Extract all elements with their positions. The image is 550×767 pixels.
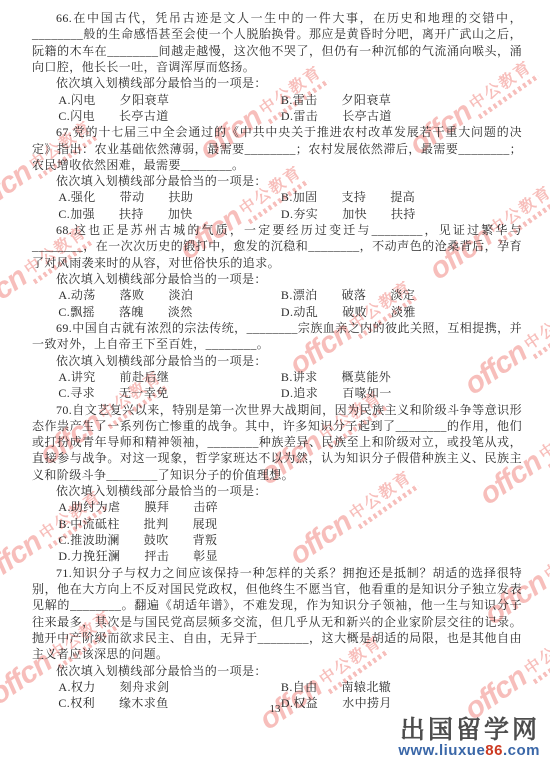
option-part: A.讲究	[58, 369, 95, 385]
option-part: A.动荡	[58, 287, 95, 303]
question-69: 69.中国自古就有浓烈的宗法传统，________宗族血亲之内的彼此关照，互相提…	[32, 320, 522, 402]
option-part: 落魄	[119, 304, 144, 320]
option-part: 淡雅	[391, 304, 416, 320]
option-part: 扶持	[391, 206, 416, 222]
option-part: 刻舟求剑	[120, 679, 170, 695]
question-66: 66.在中国古代，凭吊古迹是文人一生中的一件大事，在历史和地理的交错中，____…	[32, 10, 522, 124]
question-prompt: 依次填入划横线部分最恰当的一项是：	[32, 271, 522, 287]
option-C: C.寻求无一幸免	[58, 385, 281, 401]
options-group: A.讲究前赴后继B.讲求概莫能外C.寻求无一幸免D.追求百喙如一	[58, 369, 522, 402]
options-group: A.强化带动扶助B.加固支持提高C.加强扶持加快D.夯实加快扶持	[58, 189, 522, 222]
option-part: 无一幸免	[119, 385, 169, 401]
option-part: D.力挽狂澜	[58, 548, 120, 564]
option-D: D.力挽狂澜抨击彰显	[58, 548, 522, 564]
option-part: 前赴后继	[120, 369, 170, 385]
option-D: D.夯实加快扶持	[281, 206, 522, 222]
question-stem: 66.在中国古代，凭吊古迹是文人一生中的一件大事，在历史和地理的交错中，____…	[32, 10, 522, 75]
option-part: 落败	[120, 287, 145, 303]
option-C: C.加强扶持加快	[58, 206, 281, 222]
option-part: 破败	[342, 304, 367, 320]
question-68: 68.这也正是苏州古城的气质，一定要经历过变迁与________，见证过繁华与_…	[32, 222, 522, 320]
question-prompt: 依次填入划横线部分最恰当的一项是：	[32, 173, 522, 189]
option-part: C.加强	[58, 206, 95, 222]
option-D: D.动乱破败淡雅	[281, 304, 522, 320]
option-part: B.中流砥柱	[58, 516, 119, 532]
option-part: 淡泊	[168, 287, 193, 303]
option-part: 支持	[342, 189, 367, 205]
option-part: 抨击	[144, 548, 169, 564]
option-A: A.闪电夕阳衰草	[58, 92, 281, 108]
option-C: C.推波助澜鼓吹背叛	[58, 532, 522, 548]
option-part: B.雷击	[281, 92, 318, 108]
site-logo-name: 出国留学网	[398, 717, 540, 743]
option-part: 百喙如一	[342, 385, 392, 401]
page-number: 13	[0, 703, 550, 715]
option-part: D.雷击	[281, 108, 318, 124]
option-part: C.闪电	[58, 108, 95, 124]
option-B: B.雷击夕阳衰草	[281, 92, 522, 108]
option-part: D.追求	[281, 385, 318, 401]
question-70: 70.自文艺复兴以来，特别是第一次世界大战期间，因为民族主义和阶级斗争等意识形态…	[32, 402, 522, 565]
option-A: A.助纣为虐膜拜击碎	[58, 499, 522, 515]
option-part: 夕阳衰草	[120, 92, 170, 108]
options-group: A.动荡落败淡泊B.漂泊破落淡定C.飘摇落魄淡然D.动乱破败淡雅	[58, 287, 522, 320]
option-part: 淡定	[390, 287, 415, 303]
option-part: B.加固	[281, 189, 318, 205]
option-part: B.讲求	[281, 369, 318, 385]
option-part: 加快	[342, 206, 367, 222]
option-part: 展现	[193, 516, 218, 532]
option-part: 提高	[390, 189, 415, 205]
option-part: 击碎	[193, 499, 218, 515]
question-prompt: 依次填入划横线部分最恰当的一项是：	[32, 75, 522, 91]
option-part: 长亭古道	[342, 108, 392, 124]
option-part: 破落	[342, 287, 367, 303]
option-part: C.寻求	[58, 385, 95, 401]
site-logo-url: www.liuxue86.com	[398, 743, 540, 759]
option-part: 背叛	[193, 532, 218, 548]
option-part: A.助纣为虐	[58, 499, 120, 515]
option-B: B.中流砥柱批判展现	[58, 516, 522, 532]
question-stem: 71.知识分子与权力之间应该保持一种怎样的关系？拥抱还是抵制？胡适的选择很特别，…	[32, 565, 522, 663]
options-group: A.助纣为虐膜拜击碎B.中流砥柱批判展现C.推波助澜鼓吹背叛D.力挽狂澜抨击彰显	[58, 499, 522, 564]
option-D: D.追求百喙如一	[281, 385, 522, 401]
option-A: A.强化带动扶助	[58, 189, 281, 205]
option-A: A.权力刻舟求剑	[58, 679, 281, 695]
option-A: A.讲究前赴后继	[58, 369, 281, 385]
option-part: 长亭古道	[119, 108, 169, 124]
option-part: A.权力	[58, 679, 95, 695]
option-part: 彰显	[193, 548, 218, 564]
option-part: A.闪电	[58, 92, 95, 108]
option-part: 带动	[120, 189, 145, 205]
option-part: D.夯实	[281, 206, 318, 222]
option-part: B.漂泊	[281, 287, 318, 303]
question-stem: 69.中国自古就有浓烈的宗法传统，________宗族血亲之内的彼此关照，互相提…	[32, 320, 522, 353]
option-part: 鼓吹	[144, 532, 169, 548]
question-stem: 70.自文艺复兴以来，特别是第一次世界大战期间，因为民族主义和阶级斗争等意识形态…	[32, 402, 522, 484]
option-part: 扶持	[119, 206, 144, 222]
option-B: B.漂泊破落淡定	[281, 287, 522, 303]
option-C: C.飘摇落魄淡然	[58, 304, 281, 320]
questions: 66.在中国古代，凭吊古迹是文人一生中的一件大事，在历史和地理的交错中，____…	[0, 0, 550, 711]
option-part: D.动乱	[281, 304, 318, 320]
question-prompt: 依次填入划横线部分最恰当的一项是：	[32, 353, 522, 369]
option-part: 批判	[144, 516, 169, 532]
question-stem: 68.这也正是苏州古城的气质，一定要经历过变迁与________，见证过繁华与_…	[32, 222, 522, 271]
option-B: B.加固支持提高	[281, 189, 522, 205]
option-part: C.飘摇	[58, 304, 95, 320]
site-url-suffix: .com	[503, 742, 540, 759]
option-part: 概莫能外	[342, 369, 392, 385]
option-B: B.讲求概莫能外	[281, 369, 522, 385]
option-part: 夕阳衰草	[342, 92, 392, 108]
question-67: 67.党的十七届三中全会通过的《中共中央关于推进农村改革发展若干重大问题的决定》…	[32, 124, 522, 222]
option-D: D.雷击长亭古道	[281, 108, 522, 124]
option-part: B.自由	[281, 679, 318, 695]
option-C: C.闪电长亭古道	[58, 108, 281, 124]
site-url-number: 86	[485, 742, 503, 759]
question-prompt: 依次填入划横线部分最恰当的一项是：	[32, 483, 522, 499]
option-part: A.强化	[58, 189, 95, 205]
option-part: 南辕北辙	[342, 679, 392, 695]
site-logo: 出国留学网 www.liuxue86.com	[398, 717, 540, 759]
question-prompt: 依次填入划横线部分最恰当的一项是：	[32, 663, 522, 679]
option-A: A.动荡落败淡泊	[58, 287, 281, 303]
question-stem: 67.党的十七届三中全会通过的《中共中央关于推进农村改革发展若干重大问题的决定》…	[32, 124, 522, 173]
question-71: 71.知识分子与权力之间应该保持一种怎样的关系？拥抱还是抵制？胡适的选择很特别，…	[32, 565, 522, 712]
site-url-prefix: www.liuxue	[398, 742, 485, 759]
option-part: C.推波助澜	[58, 532, 119, 548]
options-group: A.闪电夕阳衰草B.雷击夕阳衰草C.闪电长亭古道D.雷击长亭古道	[58, 92, 522, 125]
option-part: 淡然	[168, 304, 193, 320]
option-part: 扶助	[168, 189, 193, 205]
option-part: 加快	[168, 206, 193, 222]
option-part: 膜拜	[144, 499, 169, 515]
document-page: offcn中公教育offcn中公教育offcn中公教育offcn中公教育offc…	[0, 0, 550, 767]
option-B: B.自由南辕北辙	[281, 679, 522, 695]
